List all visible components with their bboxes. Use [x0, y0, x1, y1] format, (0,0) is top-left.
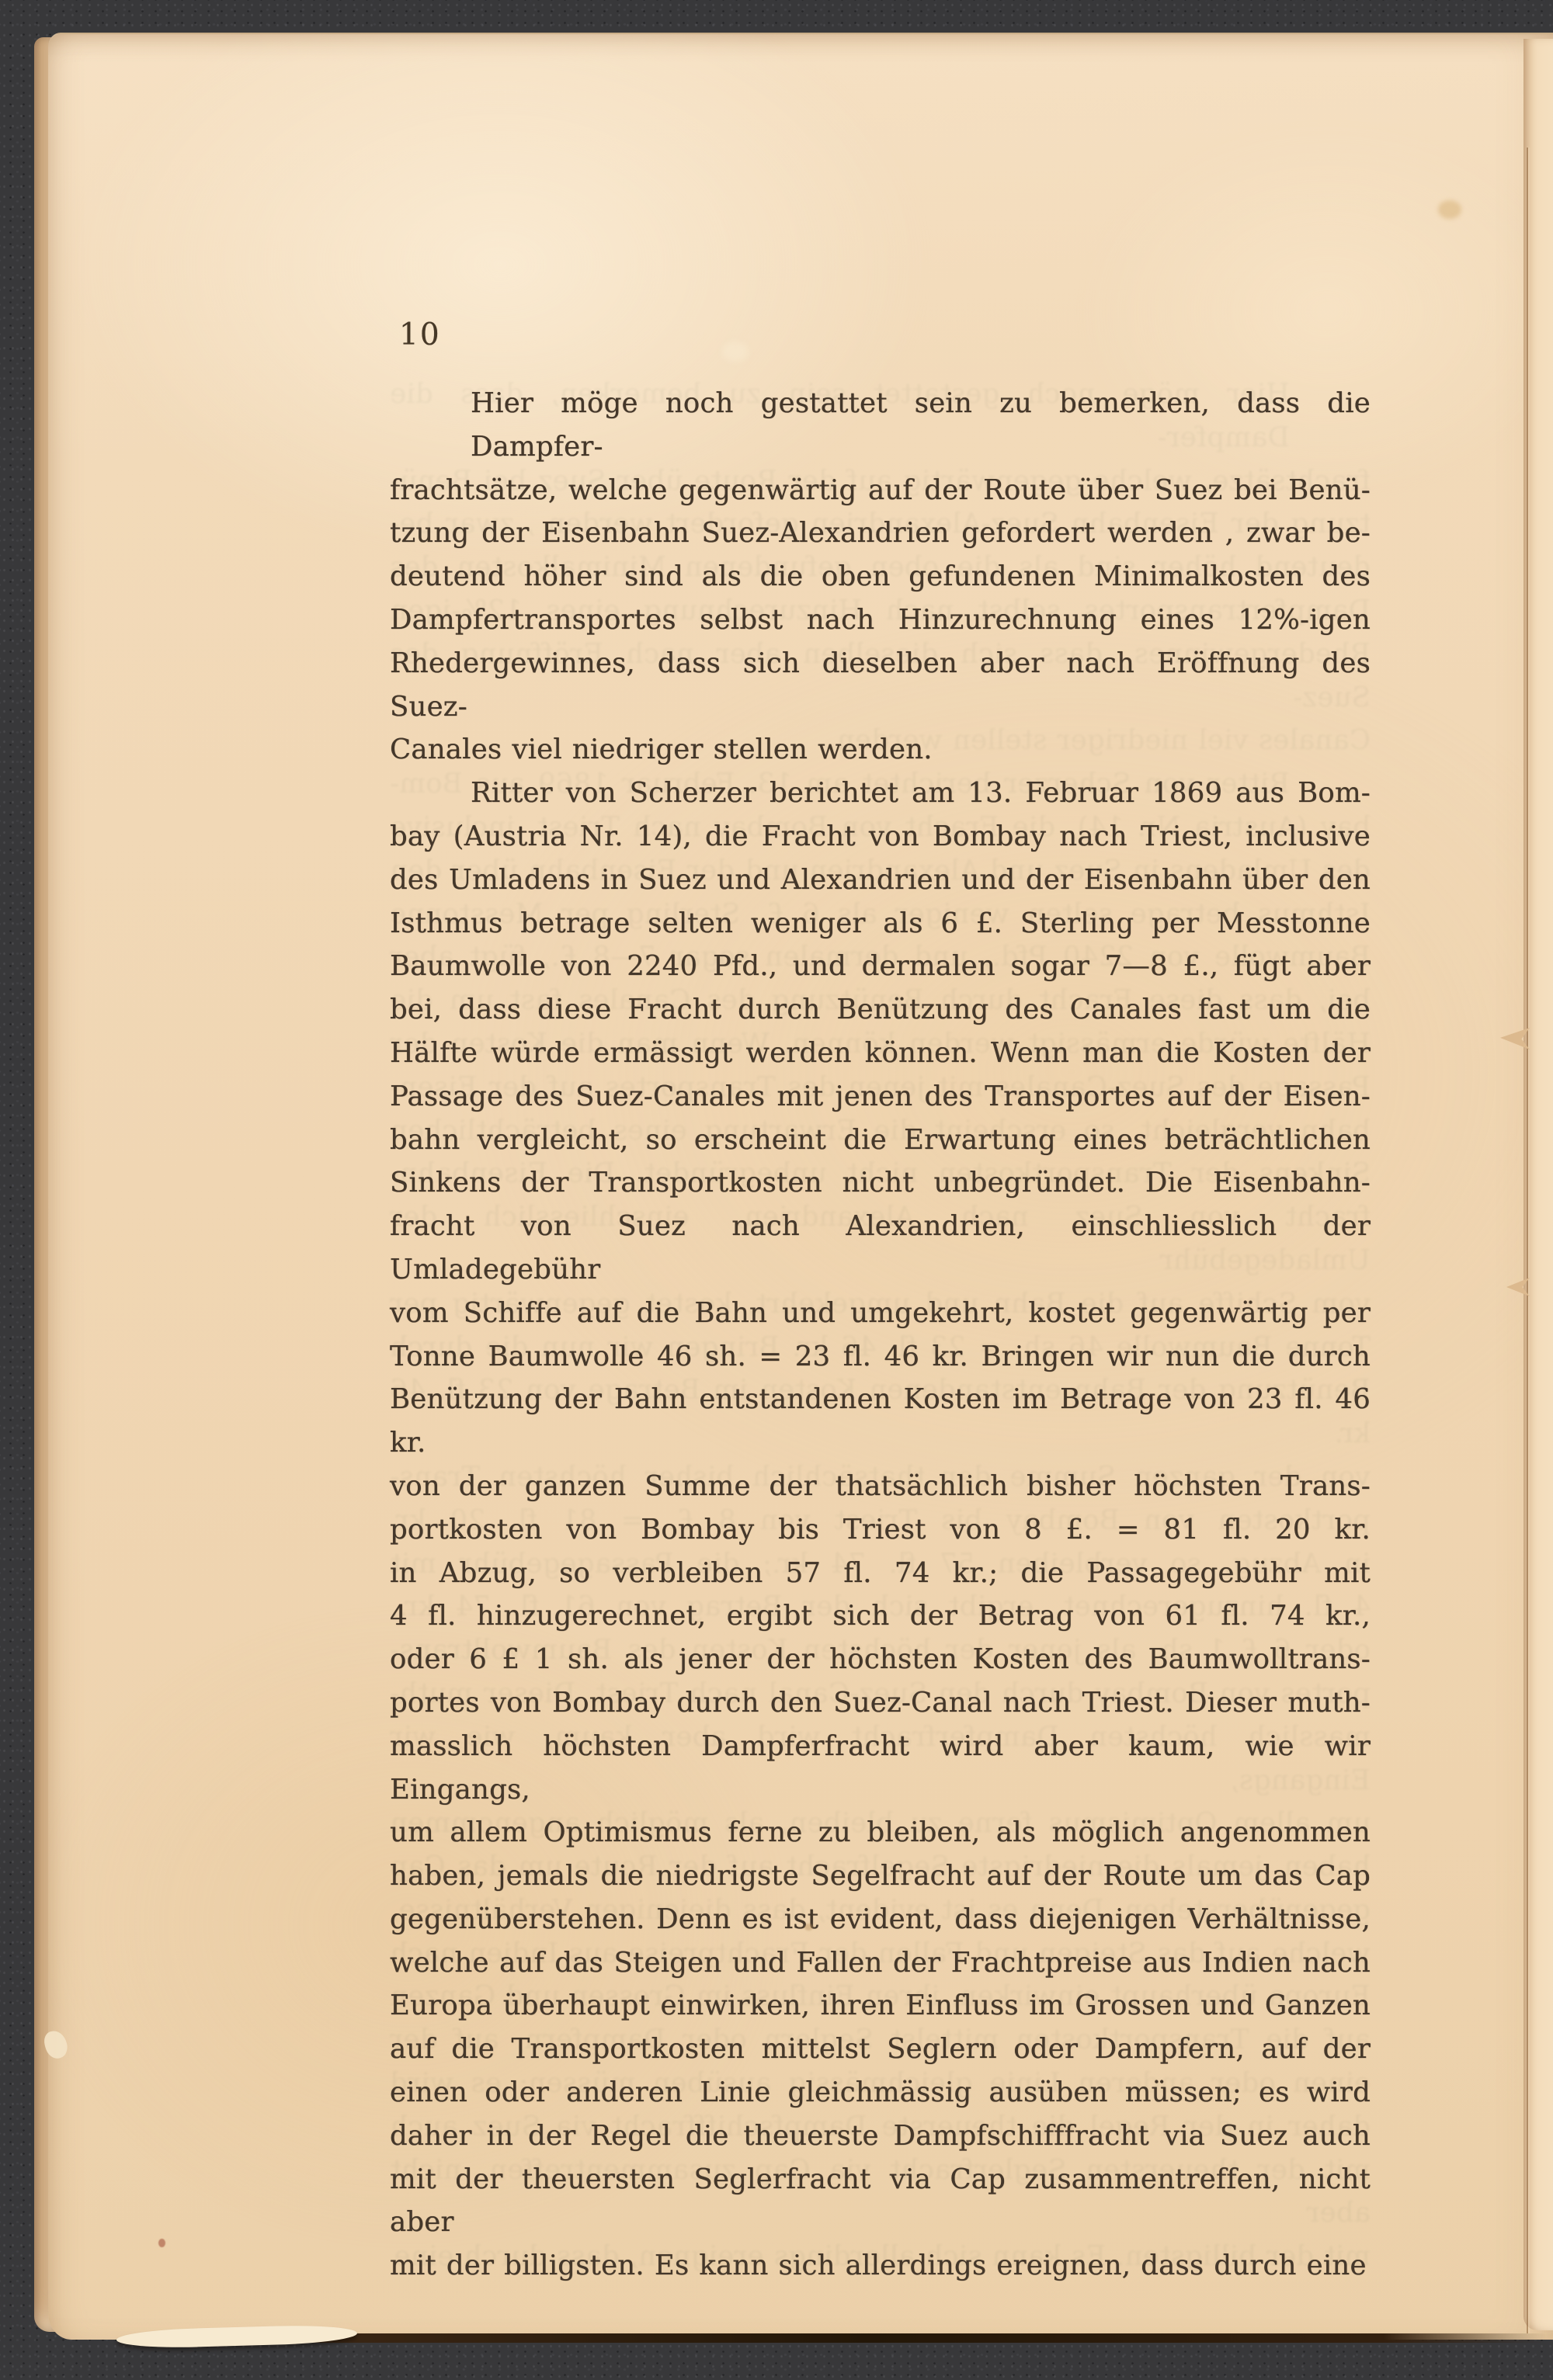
- text-line: fracht von Suez nach Alexandrien, einsch…: [390, 1205, 1371, 1292]
- text-line: auf die Transportkosten mittelst Seglern…: [390, 2028, 1371, 2071]
- text-line: gegenüberstehen. Denn es ist evident, da…: [390, 1898, 1371, 1941]
- page-number: 10: [399, 318, 441, 352]
- text-line: 4 fl. hinzugerechnet, ergibt sich der Be…: [390, 1594, 1371, 1638]
- text-line: bei, dass diese Fracht durch Benützung d…: [390, 988, 1371, 1032]
- text-line: welche auf das Steigen und Fallen der Fr…: [390, 1941, 1371, 1985]
- text-line: Hälfte würde ermässigt werden können. We…: [390, 1032, 1371, 1075]
- text-line: des Umladens in Suez und Alexandrien und…: [390, 859, 1371, 902]
- text-line: bay (Austria Nr. 14), die Fracht von Bom…: [390, 815, 1371, 859]
- text-line: Isthmus betrage selten weniger als 6 £. …: [390, 902, 1371, 945]
- text-line: Passage des Suez-Canales mit jenen des T…: [390, 1075, 1371, 1119]
- text-line: vom Schiffe auf die Bahn und umgekehrt, …: [390, 1292, 1371, 1335]
- text-line: in Abzug, so verbleiben 57 fl. 74 kr.; d…: [390, 1552, 1371, 1595]
- scan-background: { "colors": { "background": "#38383a", "…: [0, 0, 1553, 2380]
- text-line: tzung der Eisenbahn Suez-Alexandrien gef…: [390, 512, 1371, 555]
- text-line: Benützung der Bahn entstandenen Kosten i…: [390, 1378, 1371, 1465]
- page-bottom-shadow: [186, 2333, 1547, 2343]
- text-line: haben, jemals die niedrigste Segelfracht…: [390, 1854, 1371, 1898]
- text-line: Rhedergewinnes, dass sich dieselben aber…: [390, 642, 1371, 729]
- binding-crease: [1527, 147, 1528, 2333]
- text-line: Baumwolle von 2240 Pfd., und dermalen so…: [390, 945, 1371, 988]
- text-line: daher in der Regel die theuerste Dampfsc…: [390, 2115, 1371, 2158]
- text-line: von der ganzen Summe der thatsächlich bi…: [390, 1465, 1371, 1508]
- text-line: Tonne Baumwolle 46 sh. = 23 fl. 46 kr. B…: [390, 1335, 1371, 1379]
- text-line: mit der billigsten. Es kann sich allerdi…: [390, 2244, 1371, 2288]
- text-line: Europa überhaupt einwirken, ihren Einflu…: [390, 1984, 1371, 2028]
- text-line: Ritter von Scherzer berichtet am 13. Feb…: [390, 772, 1371, 815]
- text-line: Canales viel niedriger stellen werden.: [390, 728, 1371, 772]
- text-line: Hier möge noch gestattet sein zu bemerke…: [390, 382, 1371, 469]
- text-line: bahn vergleicht, so erscheint die Erwart…: [390, 1119, 1371, 1162]
- text-block: Hier möge noch gestattet sein zu bemerke…: [390, 382, 1371, 2288]
- text-line: masslich höchsten Dampferfracht wird abe…: [390, 1725, 1371, 1812]
- text-line: um allem Optimismus ferne zu bleiben, al…: [390, 1811, 1371, 1854]
- text-line: einen oder anderen Linie gleichmässig au…: [390, 2071, 1371, 2115]
- text-line: oder 6 £ 1 sh. als jener der höchsten Ko…: [390, 1638, 1371, 1681]
- text-line: Dampfertransportes selbst nach Hinzurech…: [390, 598, 1371, 642]
- text-line: mit der theuersten Seglerfracht via Cap …: [390, 2158, 1371, 2245]
- text-line: deutend höher sind als die oben gefunden…: [390, 555, 1371, 598]
- book-page: Hier möge noch gestattet sein zu bemerke…: [48, 33, 1553, 2340]
- text-line: frachtsätze, welche gegenwärtig auf der …: [390, 469, 1371, 512]
- text-line: portkosten von Bombay bis Triest von 8 £…: [390, 1508, 1371, 1552]
- text-line: Sinkens der Transportkosten nicht unbegr…: [390, 1161, 1371, 1205]
- text-line: portes von Bombay durch den Suez-Canal n…: [390, 1681, 1371, 1725]
